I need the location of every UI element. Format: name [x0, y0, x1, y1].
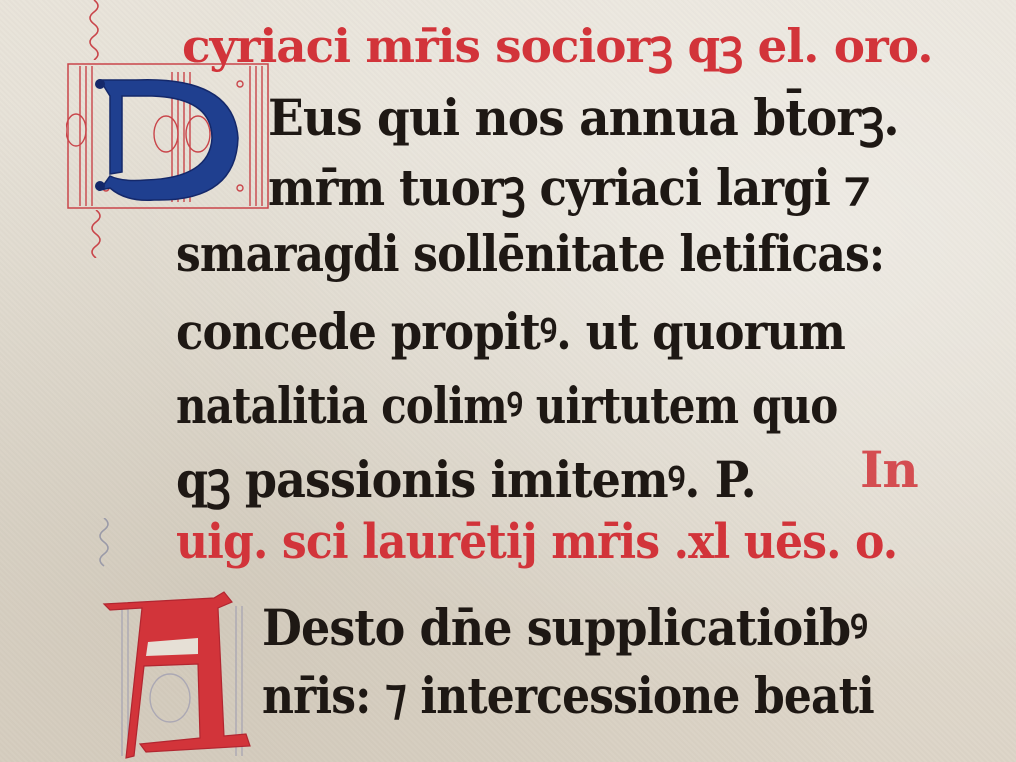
text-line-6: qꝫ passionis imitemꝰ. P.	[176, 444, 756, 512]
text-line-1: Eus qui nos annua bt̄orꝫ.	[268, 82, 899, 150]
text-line-8: nr̄is: ⁊ intercessione beati	[262, 666, 874, 725]
text-line-4: concede propitꝰ. ut quorum	[176, 296, 845, 364]
margin-flourish-top	[84, 0, 104, 60]
margin-flourish-middle	[86, 210, 106, 258]
text-line-7: Desto dn̄e supplicatioibꝰ	[262, 592, 867, 660]
rubric-line-2: uig. sci laurētij mr̄is .xl uēs. o.	[176, 514, 897, 570]
rubric-in: In	[860, 440, 918, 499]
text-line-5: natalitia colimꝰ uirtutem quo	[176, 370, 837, 438]
margin-flourish-lower	[94, 518, 114, 574]
illuminated-initial-a	[96, 586, 256, 762]
text-line-3: smaragdi sollēnitate letificas:	[176, 224, 884, 283]
illuminated-initial-d	[66, 62, 272, 212]
rubric-line-1: cyriaci mr̄is sociorꝫ qꝫ el. oro.	[182, 14, 933, 76]
text-line-2: mr̄m tuorꝫ cyriaci largi ⁊	[268, 152, 870, 220]
